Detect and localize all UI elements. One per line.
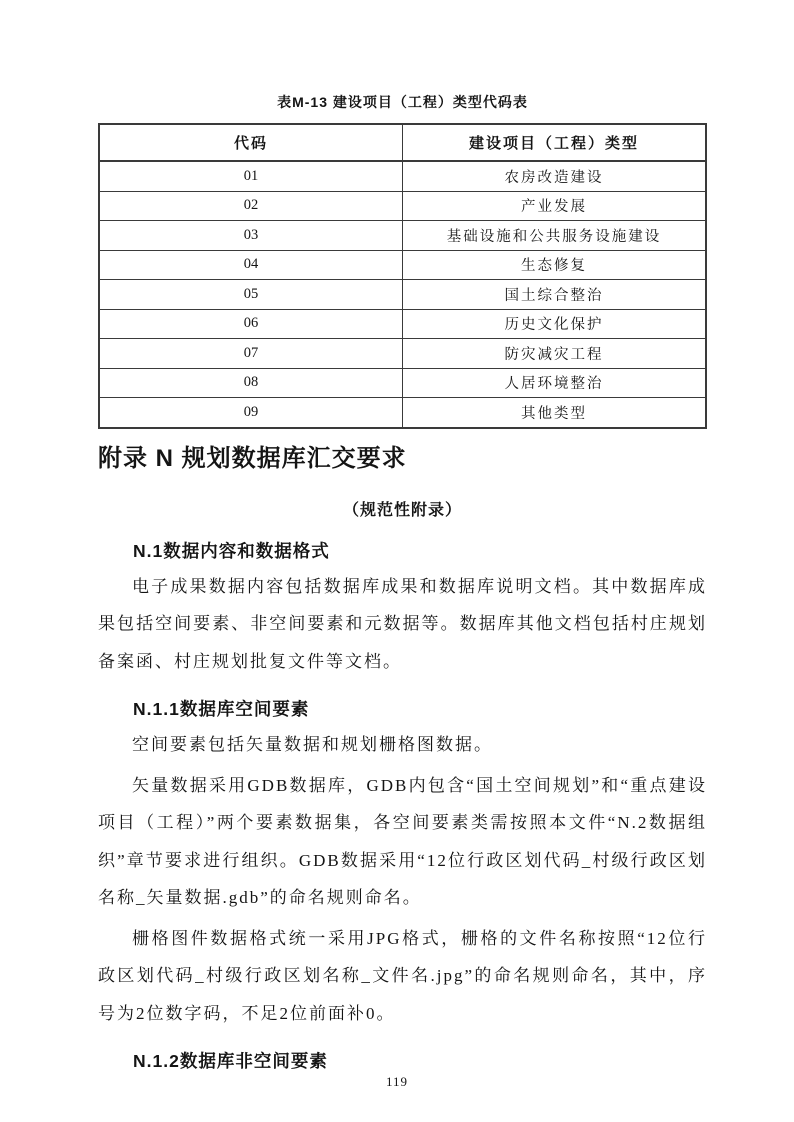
paragraph: 电子成果数据内容包括数据库成果和数据库说明文档。其中数据库成果包括空间要素、非空… <box>98 568 707 681</box>
table-cell-type: 防灾减灾工程 <box>403 339 707 369</box>
table-caption: 表M-13 建设项目（工程）类型代码表 <box>98 92 707 112</box>
page-number: 119 <box>0 1074 794 1090</box>
table-cell-code: 01 <box>99 161 403 191</box>
table-cell-code: 02 <box>99 191 403 221</box>
table-header-code: 代码 <box>99 124 403 161</box>
appendix-subtitle: （规范性附录） <box>98 500 707 522</box>
table-cell-type: 生态修复 <box>403 250 707 280</box>
code-table: 代码 建设项目（工程）类型 01 农房改造建设 02 产业发展 03 基础设施和… <box>98 123 707 429</box>
table-cell-code: 05 <box>99 280 403 310</box>
table-cell-code: 09 <box>99 398 403 428</box>
table-cell-code: 03 <box>99 221 403 251</box>
table-cell-type: 产业发展 <box>403 191 707 221</box>
table-row: 08 人居环境整治 <box>99 368 706 398</box>
paragraph: 栅格图件数据格式统一采用JPG格式，栅格的文件名称按照“12位行政区划代码_村级… <box>98 920 707 1033</box>
paragraph: 空间要素包括矢量数据和规划栅格图数据。 <box>98 726 707 764</box>
table-cell-code: 07 <box>99 339 403 369</box>
document-page: { "table": { "title": "表M-13 建设项目（工程）类型代… <box>0 0 794 1122</box>
table-cell-code: 06 <box>99 309 403 339</box>
table-cell-type: 人居环境整治 <box>403 368 707 398</box>
table-cell-code: 04 <box>99 250 403 280</box>
table-cell-type: 历史文化保护 <box>403 309 707 339</box>
page-content: 表M-13 建设项目（工程）类型代码表 代码 建设项目（工程）类型 01 农房改… <box>0 0 794 1075</box>
appendix-title: 附录 N 规划数据库汇交要求 <box>98 443 707 475</box>
code-table-head: 代码 建设项目（工程）类型 <box>99 124 706 161</box>
table-header-row: 代码 建设项目（工程）类型 <box>99 124 706 161</box>
table-cell-type: 其他类型 <box>403 398 707 428</box>
table-cell-code: 08 <box>99 368 403 398</box>
table-row: 07 防灾减灾工程 <box>99 339 706 369</box>
table-cell-type: 国土综合整治 <box>403 280 707 310</box>
table-cell-type: 农房改造建设 <box>403 161 707 191</box>
table-header-type: 建设项目（工程）类型 <box>403 124 707 161</box>
table-row: 04 生态修复 <box>99 250 706 280</box>
section-heading-n1: N.1数据内容和数据格式 <box>98 537 707 565</box>
table-row: 05 国土综合整治 <box>99 280 706 310</box>
section-heading-n1-1: N.1.1数据库空间要素 <box>98 695 707 723</box>
table-row: 06 历史文化保护 <box>99 309 706 339</box>
table-row: 01 农房改造建设 <box>99 161 706 191</box>
section-heading-n1-2: N.1.2数据库非空间要素 <box>98 1047 707 1075</box>
code-table-body: 01 农房改造建设 02 产业发展 03 基础设施和公共服务设施建设 04 生态… <box>99 161 706 428</box>
table-row: 02 产业发展 <box>99 191 706 221</box>
table-cell-type: 基础设施和公共服务设施建设 <box>403 221 707 251</box>
table-row: 09 其他类型 <box>99 398 706 428</box>
table-row: 03 基础设施和公共服务设施建设 <box>99 221 706 251</box>
paragraph: 矢量数据采用GDB数据库，GDB内包含“国土空间规划”和“重点建设项目（工程）”… <box>98 767 707 917</box>
